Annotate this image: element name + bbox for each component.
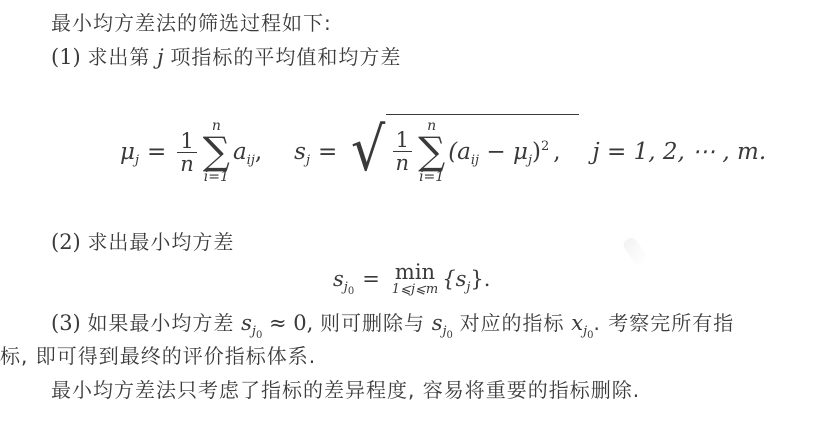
step2-label: (2) bbox=[51, 230, 81, 254]
s-j-symbol: sj bbox=[294, 139, 310, 165]
conclusion-text: 最小均方差法只考虑了指标的差异程度, 容易将重要的指标删除. bbox=[51, 377, 640, 403]
step2-text: (2) 求出最小均方差 bbox=[51, 229, 234, 255]
square-root: √ 1 n n ∑ i=1 (aij − μj)2 bbox=[349, 120, 579, 185]
step2-body: 求出最小均方差 bbox=[87, 230, 234, 254]
set-s-j: {sj}. bbox=[442, 267, 490, 291]
intro-text: 最小均方差法的筛选过程如下: bbox=[51, 10, 332, 36]
scan-smudge bbox=[621, 236, 649, 267]
step1-text: (1) 求出第 j 项指标的平均值和均方差 bbox=[51, 44, 401, 70]
a-ij-term: aij bbox=[233, 139, 255, 165]
step1-var-j: j bbox=[157, 45, 164, 69]
index-range: j = 1, 2, ⋯ , m. bbox=[593, 139, 767, 165]
formula-min-stddev: sj0 = min 1⩽j⩽m {sj}. bbox=[333, 257, 490, 301]
equals-sign: = bbox=[147, 139, 166, 165]
mu-symbol: μj bbox=[120, 139, 139, 165]
summation: n ∑ i=1 bbox=[203, 119, 230, 185]
equals-sign-2: = bbox=[318, 139, 337, 165]
squared-deviation: (aij − μj)2 bbox=[448, 139, 549, 165]
fraction-1-over-n: 1 n bbox=[177, 130, 197, 175]
equals-sign-3: = bbox=[362, 267, 380, 291]
step3-continuation: 标, 即可得到最终的评价指标体系. bbox=[0, 343, 316, 369]
step1-text-before: 求出第 bbox=[87, 45, 150, 69]
step1-label: (1) bbox=[51, 45, 81, 69]
step3-label: (3) bbox=[51, 311, 81, 335]
step3-text: (3) 如果最小均方差 sj0 ≈ 0, 则可删除与 sj0 对应的指标 xj0… bbox=[51, 310, 734, 336]
comma: , bbox=[255, 139, 262, 165]
radical-icon: √ bbox=[351, 120, 385, 180]
min-operator: min 1⩽j⩽m bbox=[392, 261, 438, 297]
fraction-1-over-n-inner: 1 n bbox=[393, 129, 413, 174]
formula-mean-stddev: μj = 1 n n ∑ i=1 aij , sj = √ 1 n n ∑ bbox=[120, 112, 766, 192]
var-s-j0: sj0 bbox=[241, 311, 262, 335]
step1-text-after: 项指标的平均值和均方差 bbox=[170, 45, 401, 69]
var-s-j0-2: sj0 bbox=[432, 311, 453, 335]
summation-inner: n ∑ i=1 bbox=[418, 119, 445, 185]
s-j0-symbol: sj0 bbox=[333, 267, 354, 292]
var-x-j0: xj0 bbox=[571, 311, 593, 335]
